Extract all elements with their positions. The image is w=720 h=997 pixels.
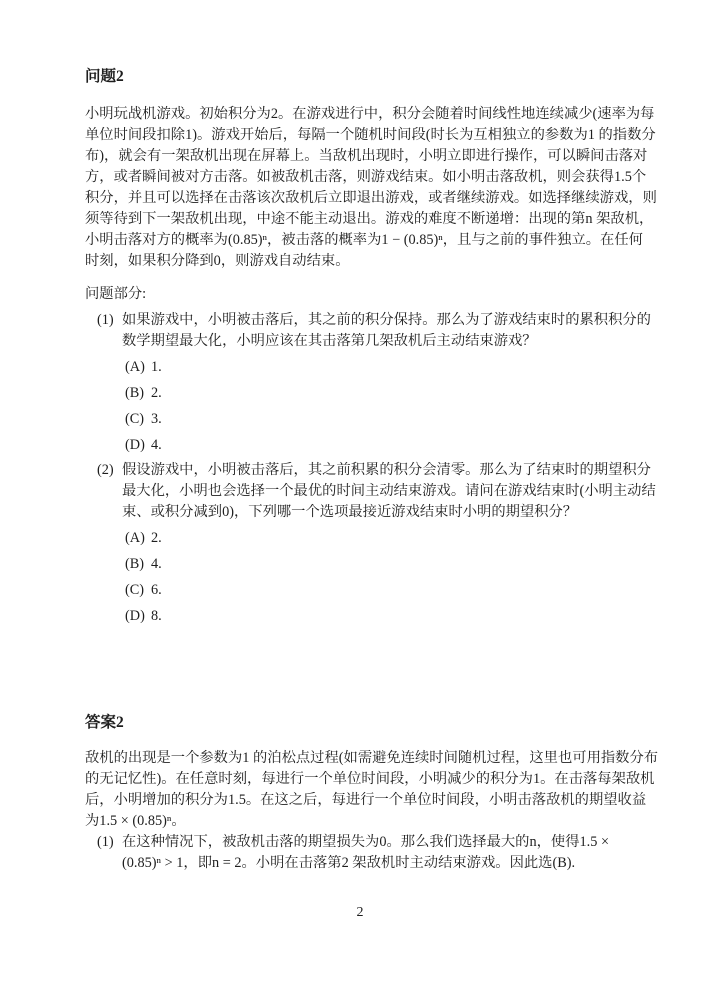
intro-line: 布)，就会有一架敌机出现在屏幕上。当敌机出现时，小明立即进行操作，可以瞬间击落对 (85, 146, 639, 167)
problem-heading: 问题2 (85, 66, 639, 87)
option-label: (D) (125, 606, 151, 627)
document-page: 问题2 小明玩战机游戏。初始积分为2。在游戏进行中，积分会随着时间线性地连续减少… (0, 0, 720, 997)
question-body: 假设游戏中，小明被击落后，其之前积累的积分会清零。那么为了结束时的期望积分 最大… (122, 460, 639, 627)
option-label: (C) (125, 580, 151, 601)
answer-line: 后，小明增加的积分为1.5。在这之后，每进行一个单位时间段，小明击落敌机的期望收… (85, 790, 639, 811)
question-line: 最大化，小明也会选择一个最优的时间主动结束游戏。请问在游戏结束时(小明主动结 (122, 481, 639, 502)
option-value: 8. (151, 606, 639, 627)
answer-line: 敌机的出现是一个参数为1 的泊松点过程(如需避免连续时间随机过程，这里也可用指数… (85, 748, 639, 769)
question-line: 束、或积分减到0)，下列哪一个选项最接近游戏结束时小明的期望积分？ (122, 502, 639, 523)
question-line: 数学期望最大化，小明应该在其击落第几架敌机后主动结束游戏？ (122, 331, 639, 352)
option-label: (A) (125, 357, 151, 378)
option-value: 2. (151, 383, 639, 404)
question-line: 如果游戏中，小明被击落后，其之前的积分保持。那么为了游戏结束时的累积积分的 (122, 310, 639, 331)
option-value: 4. (151, 554, 639, 575)
question-item-1: (1) 如果游戏中，小明被击落后，其之前的积分保持。那么为了游戏结束时的累积积分… (85, 310, 639, 456)
answer-body-paragraph: 敌机的出现是一个参数为1 的泊松点过程(如需避免连续时间随机过程，这里也可用指数… (85, 748, 639, 832)
page-content: 问题2 小明玩战机游戏。初始积分为2。在游戏进行中，积分会随着时间线性地连续减少… (85, 66, 639, 874)
intro-line: 方，或者瞬间被对方击落。如被敌机击落，则游戏结束。如小明击落敌机，则会获得1.5… (85, 167, 639, 188)
question-label: (1) (97, 310, 122, 331)
answer-item-line: 在这种情况下，被敌机击落的期望损失为0。那么我们选择最大的n，使得1.5 × (122, 832, 639, 853)
intro-line: 单位时间段扣除1)。游戏开始后，每隔一个随机时间段(时长为互相独立的参数为1 的… (85, 125, 639, 146)
intro-line: 小明玩战机游戏。初始积分为2。在游戏进行中，积分会随着时间线性地连续减少(速率为… (85, 104, 639, 125)
answer-item-1: (1) 在这种情况下，被敌机击落的期望损失为0。那么我们选择最大的n，使得1.5… (85, 832, 639, 874)
question-line: 假设游戏中，小明被击落后，其之前积累的积分会清零。那么为了结束时的期望积分 (122, 460, 639, 481)
option-label: (B) (125, 554, 151, 575)
intro-line: 小明击落对方的概率为(0.85)ⁿ，被击落的概率为1 − (0.85)ⁿ，且与之… (85, 230, 639, 251)
answer-item-line: (0.85)ⁿ > 1，即n = 2。小明在击落第2 架敌机时主动结束游戏。因此… (122, 853, 639, 874)
answer-heading: 答案2 (85, 712, 639, 733)
option-row: (C) 3. (125, 409, 639, 430)
question-body: 如果游戏中，小明被击落后，其之前的积分保持。那么为了游戏结束时的累积积分的 数学… (122, 310, 639, 456)
option-value: 1. (151, 357, 639, 378)
option-row: (D) 8. (125, 606, 639, 627)
problem-intro-paragraph: 小明玩战机游戏。初始积分为2。在游戏进行中，积分会随着时间线性地连续减少(速率为… (85, 104, 639, 272)
intro-line: 须等待到下一架敌机出现，中途不能主动退出。游戏的难度不断递增：出现的第n 架敌机… (85, 209, 639, 230)
question-label: (2) (97, 460, 122, 481)
question-section-label: 问题部分: (85, 284, 639, 305)
option-list: (A) 2. (B) 4. (C) 6. (D) 8. (122, 528, 639, 627)
option-row: (B) 2. (125, 383, 639, 404)
answer-item-body: 在这种情况下，被敌机击落的期望损失为0。那么我们选择最大的n，使得1.5 × (… (122, 832, 639, 874)
option-value: 4. (151, 435, 639, 456)
option-row: (A) 2. (125, 528, 639, 549)
option-label: (D) (125, 435, 151, 456)
option-list: (A) 1. (B) 2. (C) 3. (D) 4. (122, 357, 639, 456)
intro-line: 积分，并且可以选择在击落该次敌机后立即退出游戏，或者继续游戏。如选择继续游戏，则 (85, 188, 639, 209)
answer-line: 为1.5 × (0.85)ⁿ。 (85, 811, 639, 832)
answer-line: 的无记忆性)。在任意时刻，每进行一个单位时间段，小明减少的积分为1。在击落每架敌… (85, 769, 639, 790)
answer-item-label: (1) (97, 832, 122, 853)
option-value: 3. (151, 409, 639, 430)
option-row: (C) 6. (125, 580, 639, 601)
option-label: (B) (125, 383, 151, 404)
option-value: 2. (151, 528, 639, 549)
option-label: (A) (125, 528, 151, 549)
page-number: 2 (0, 902, 720, 923)
option-value: 6. (151, 580, 639, 601)
question-item-2: (2) 假设游戏中，小明被击落后，其之前积累的积分会清零。那么为了结束时的期望积… (85, 460, 639, 627)
option-row: (A) 1. (125, 357, 639, 378)
option-row: (B) 4. (125, 554, 639, 575)
option-label: (C) (125, 409, 151, 430)
option-row: (D) 4. (125, 435, 639, 456)
intro-line: 时刻，如果积分降到0，则游戏自动结束。 (85, 251, 639, 272)
